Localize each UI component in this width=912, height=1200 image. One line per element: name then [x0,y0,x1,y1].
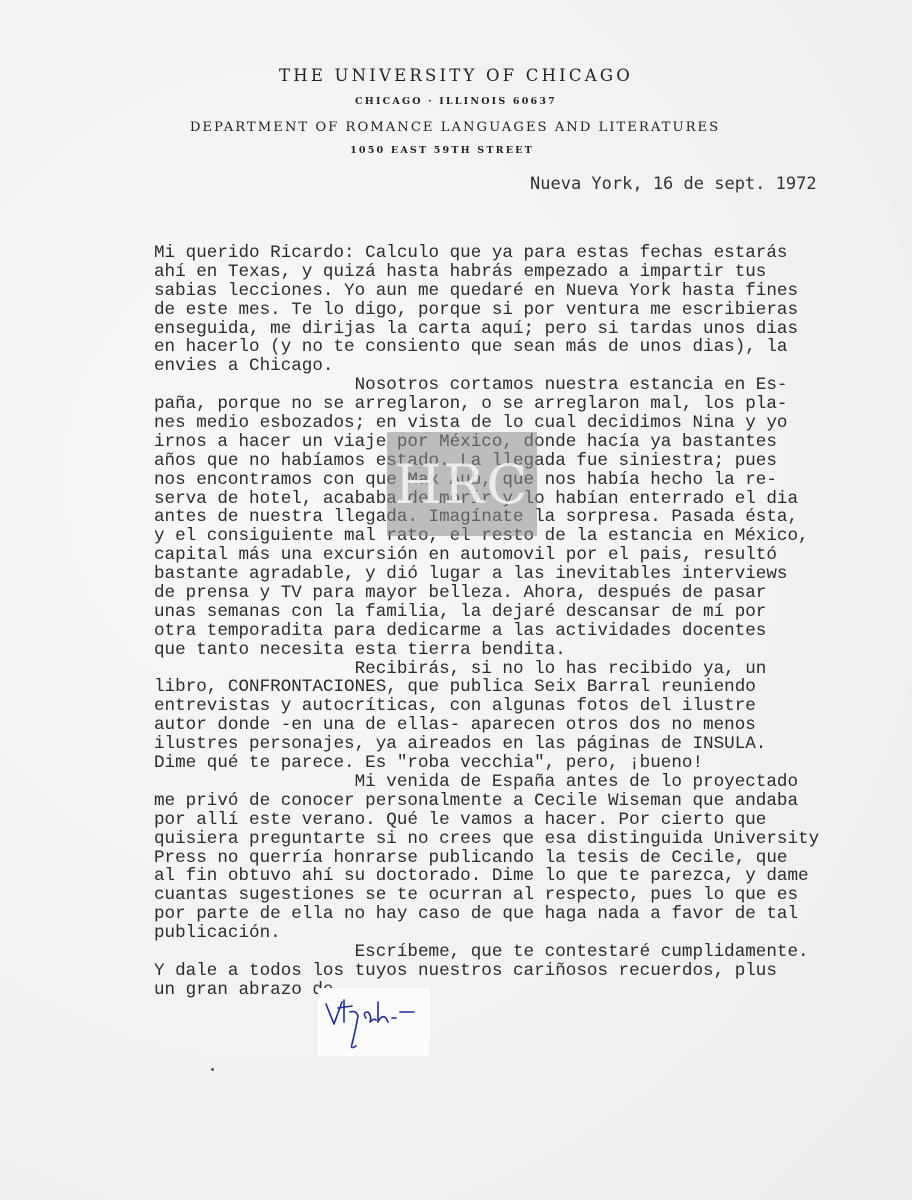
letter-line: cuantas sugestiones se te ocurran al res… [154,886,819,905]
letter-line: que tanto necesita esta tierra bendita. [154,641,819,660]
letter-line: quisiera preguntarte si no crees que esa… [154,830,819,849]
letter-line: otra temporadita para dedicarme a las ac… [154,622,819,641]
letter-line: Press no querría honrarse publicando la … [154,849,819,868]
letter-line: Dime qué te parece. Es "roba vecchia", p… [154,754,819,773]
letter-line: entrevistas y autocríticas, con algunas … [154,697,819,716]
letter-line: Recibirás, si no lo has recibido ya, un [154,660,819,679]
letterhead-street: 1050 EAST 59TH STREET [0,145,898,156]
letter-line: sabias lecciones. Yo aun me quedaré en N… [154,282,819,301]
letterhead-department: DEPARTMENT OF ROMANCE LANGUAGES AND LITE… [0,120,911,135]
letter-page: THE UNIVERSITY OF CHICAGO CHICAGO · ILLI… [0,0,912,1200]
letter-line: envies a Chicago. [154,357,819,376]
letter-line: enseguida, me dirijas la carta aquí; per… [154,320,819,339]
letter-line: capital más una excursión en automovil p… [154,546,819,565]
signature-icon [318,988,430,1056]
letterhead-city: CHICAGO · ILLINOIS 60637 [0,96,912,107]
letter-line: por allí este verano. Qué le vamos a hac… [154,811,819,830]
letter-line: autor donde -en una de ellas- aparecen o… [154,716,819,735]
letter-line: por parte de ella no hay caso de que hag… [154,905,819,924]
letter-line: bastante agradable, y dió lugar a las in… [154,565,819,584]
letter-body: Mi querido Ricardo: Calculo que ya para … [154,244,819,1000]
letter-line: Nosotros cortamos nuestra estancia en Es… [154,376,819,395]
letter-line: un gran abrazo de [154,981,819,1000]
letter-line: paña, porque no se arreglaron, o se arre… [154,395,819,414]
letter-line: publicación. [154,924,819,943]
letter-line: nes medio esbozados; en vista de lo cual… [154,414,819,433]
letter-line: unas semanas con la familia, la dejaré d… [154,603,819,622]
letter-line: de prensa y TV para mayor belleza. Ahora… [154,584,819,603]
letter-line: Y dale a todos los tuyos nuestros cariño… [154,962,819,981]
letter-line: ilustres personajes, ya aireados en las … [154,735,819,754]
hrc-watermark: HRC [387,432,537,536]
stray-mark [211,1068,214,1071]
letter-date: Nueva York, 16 de sept. 1972 [530,174,817,194]
letter-line: Escríbeme, que te contestaré cumplidamen… [154,943,819,962]
letter-line: Mi venida de España antes de lo proyecta… [154,773,819,792]
letter-line: de este mes. Te lo digo, porque si por v… [154,301,819,320]
letter-line: al fin obtuvo ahí su doctorado. Dime lo … [154,867,819,886]
letter-line: ahí en Texas, y quizá hasta habrás empez… [154,263,819,282]
letterhead-institution: THE UNIVERSITY OF CHICAGO [0,66,912,85]
letter-line: libro, CONFRONTACIONES, que publica Seix… [154,678,819,697]
letter-line: me privó de conocer personalmente a Ceci… [154,792,819,811]
letter-line: en hacerlo (y no te consiento que sean m… [154,338,819,357]
letter-line: Mi querido Ricardo: Calculo que ya para … [154,244,819,263]
